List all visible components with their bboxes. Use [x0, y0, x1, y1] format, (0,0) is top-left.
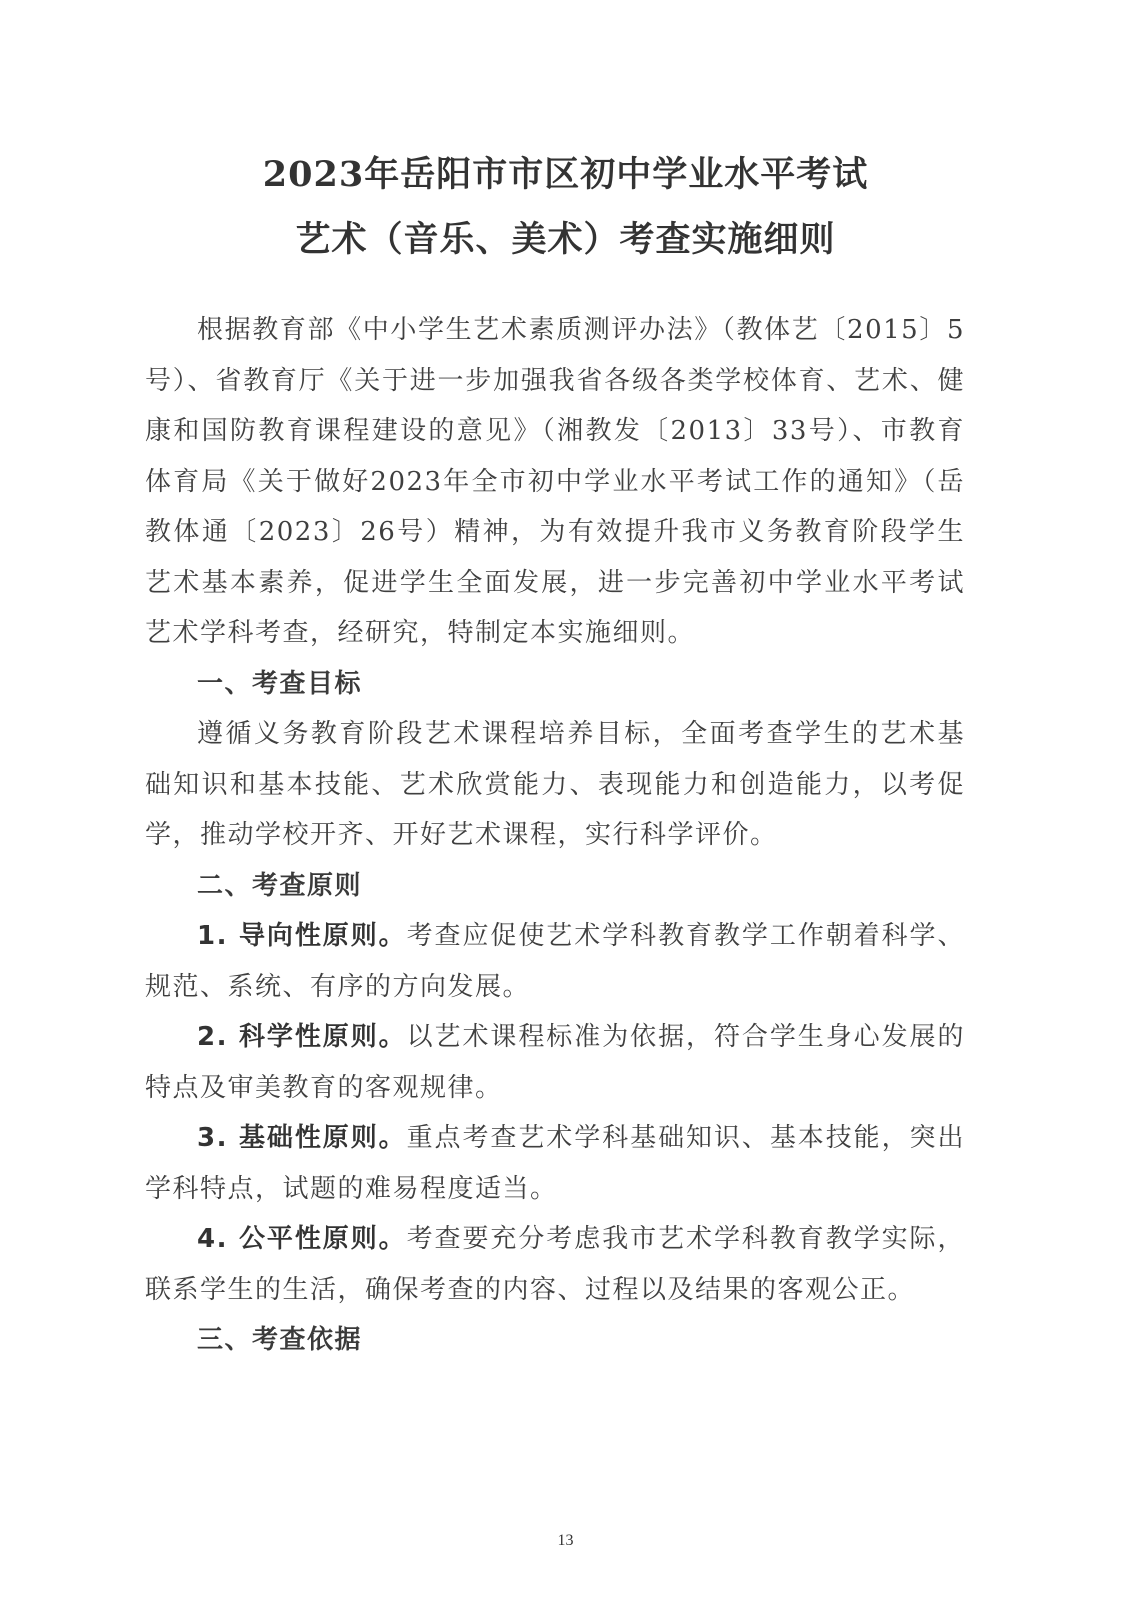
page-number: 13	[0, 1532, 1131, 1550]
principle-item: 3. 基础性原则。重点考查艺术学科基础知识、基本技能，突出学科特点，试题的难易程…	[145, 1113, 965, 1214]
section-heading-basis: 三、考查依据	[145, 1315, 965, 1366]
principle-item: 4. 公平性原则。考查要充分考虑我市艺术学科教育教学实际，联系学生的生活，确保考…	[145, 1214, 965, 1315]
document-body: 根据教育部《中小学生艺术素质测评办法》（教体艺〔2015〕5号）、省教育厅《关于…	[145, 305, 965, 1366]
principle-lead: 4. 公平性原则。	[197, 1224, 407, 1254]
document-page: 2023年岳阳市市区初中学业水平考试 艺术（音乐、美术）考查实施细则 根据教育部…	[0, 0, 1131, 1600]
principle-lead: 1. 导向性原则。	[197, 921, 407, 951]
principle-item: 1. 导向性原则。考查应促使艺术学科教育教学工作朝着科学、规范、系统、有序的方向…	[145, 911, 965, 1012]
objectives-paragraph: 遵循义务教育阶段艺术课程培养目标，全面考查学生的艺术基础知识和基本技能、艺术欣赏…	[145, 709, 965, 861]
principle-lead: 3. 基础性原则。	[197, 1123, 407, 1153]
intro-paragraph: 根据教育部《中小学生艺术素质测评办法》（教体艺〔2015〕5号）、省教育厅《关于…	[145, 305, 965, 659]
document-title-line-2: 艺术（音乐、美术）考查实施细则	[0, 222, 1131, 257]
principle-item: 2. 科学性原则。以艺术课程标准为依据，符合学生身心发展的特点及审美教育的客观规…	[145, 1012, 965, 1113]
section-heading-principles: 二、考查原则	[145, 861, 965, 912]
principle-lead: 2. 科学性原则。	[197, 1022, 407, 1052]
document-title-line-1: 2023年岳阳市市区初中学业水平考试	[0, 157, 1131, 192]
section-heading-objectives: 一、考查目标	[145, 659, 965, 710]
